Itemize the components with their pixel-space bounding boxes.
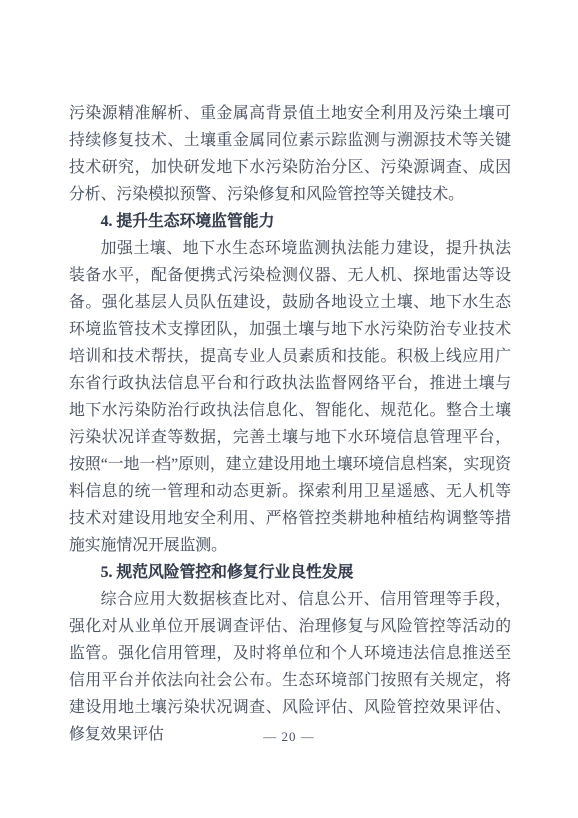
paragraph-continued-from-previous-page: 污染源精准解析、重金属高背景值土地安全利用及污染土壤可持续修复技术、土壤重金属同… — [69, 100, 511, 208]
document-page: 污染源精准解析、重金属高背景值土地安全利用及污染土壤可持续修复技术、土壤重金属同… — [0, 0, 578, 818]
page-number: — 20 — — [0, 727, 578, 747]
section-4-paragraph: 加强土壤、地下水生态环境监测执法能力建设，提升执法装备水平，配备便携式污染检测仪… — [69, 235, 511, 559]
document-body: 污染源精准解析、重金属高背景值土地安全利用及污染土壤可持续修复技术、土壤重金属同… — [69, 100, 511, 748]
section-heading-4: 4. 提升生态环境监管能力 — [69, 208, 511, 235]
section-heading-5: 5. 规范风险管控和修复行业良性发展 — [69, 559, 511, 586]
section-5-paragraph: 综合应用大数据核查比对、信息公开、信用管理等手段，强化对从业单位开展调查评估、治… — [69, 586, 511, 748]
